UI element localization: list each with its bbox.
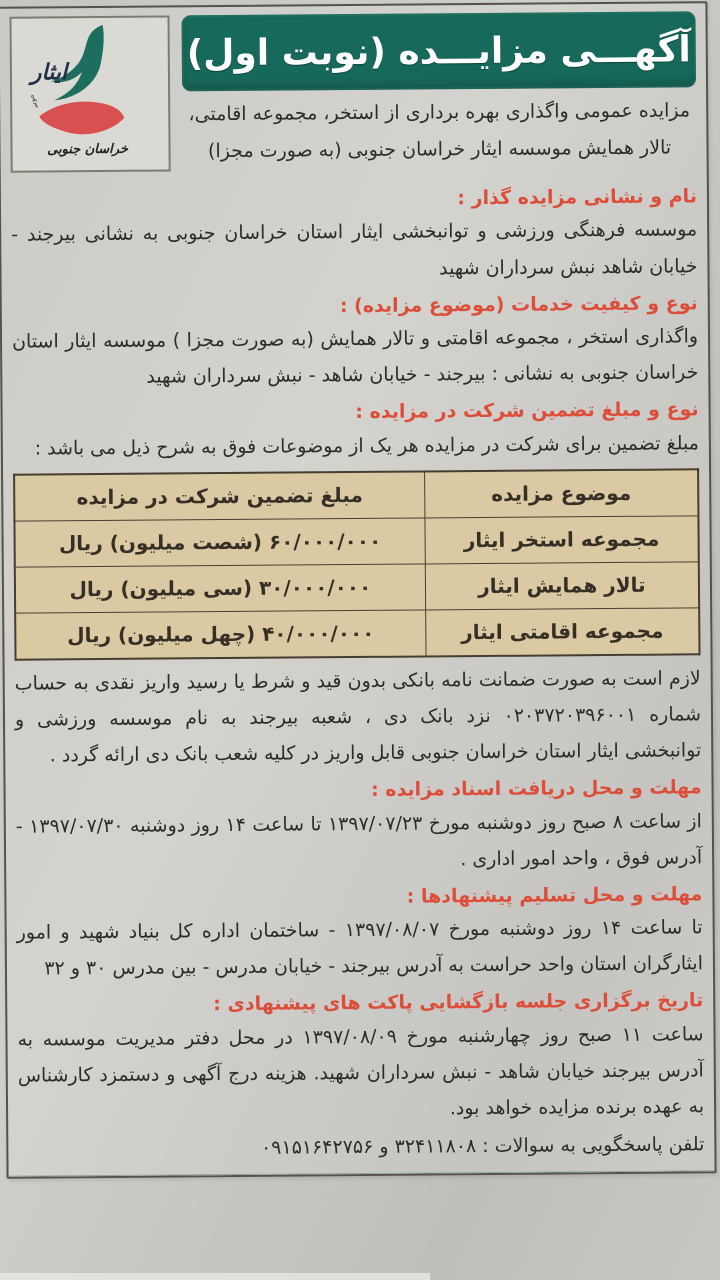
table-row: مجموعه اقامتی ایثار ۴۰/۰۰۰/۰۰۰ (چهل میلی…: [15, 608, 699, 660]
title-banner: آگهـــی مزایـــده (نوبت اول): [181, 11, 696, 91]
table-header-amount: مبلغ تضمین شرکت در مزایده: [14, 471, 425, 521]
amount-cell: ۳۰/۰۰۰/۰۰۰ (سی میلیون) ریال: [15, 564, 426, 613]
table-header-subject: موضوع مزایده: [424, 469, 698, 518]
section-submit-heading: مهلت و محل تسلیم پیشنهادها :: [16, 877, 702, 915]
auction-ad: آگهـــی مزایـــده (نوبت اول) مزایده عموم…: [0, 1, 717, 1179]
logo-box: موسسه فرهنگی ورزشی توانبخشی ایثار خراسان…: [9, 15, 170, 172]
amount-cell: ۴۰/۰۰۰/۰۰۰ (چهل میلیون) ریال: [15, 610, 426, 660]
section-services-body: واگذاری استخر ، مجموعه اقامتی و تالار هم…: [12, 318, 699, 396]
section-docs-heading: مهلت و محل دریافت اسناد مزایده :: [15, 770, 701, 808]
subject-cell: مجموعه اقامتی ایثار: [426, 608, 700, 657]
section-docs-deadline: مهلت و محل دریافت اسناد مزایده : از ساعت…: [15, 770, 702, 880]
header-row: آگهـــی مزایـــده (نوبت اول) مزایده عموم…: [9, 3, 696, 182]
phone-line: تلفن پاسخگویی به سوالات : ۳۲۴۱۱۸۰۸ و ۰۹۱…: [18, 1126, 704, 1167]
section-submit-body: تا ساعت ۱۴ روز دوشنبه مورخ ۱۳۹۷/۰۸/۰۷ - …: [17, 909, 704, 987]
page-title: آگهـــی مزایـــده (نوبت اول): [187, 29, 691, 74]
section-bidder-heading: نام و نشانی مزایده گذار :: [11, 179, 697, 217]
section-opening-heading: تاریخ برگزاری جلسه بازگشایی پاکت های پیش…: [17, 984, 703, 1022]
section-submit-deadline: مهلت و محل تسلیم پیشنهادها : تا ساعت ۱۴ …: [16, 877, 703, 987]
table-row: مجموعه استخر ایثار ۶۰/۰۰۰/۰۰۰ (شصت میلیو…: [14, 516, 698, 567]
subject-cell: تالار همایش ایثار: [425, 562, 699, 610]
section-guarantee-body: مبلغ تضمین برای شرکت در مزایده هر یک از …: [13, 425, 699, 466]
section-opening-session: تاریخ برگزاری جلسه بازگشایی پاکت های پیش…: [17, 984, 704, 1130]
auction-intro: مزایده عمومی واگذاری بهره برداری از استخ…: [182, 87, 697, 170]
section-opening-body: ساعت ۱۱ صبح روز چهارشنبه مورخ ۱۳۹۷/۰۸/۰۹…: [17, 1016, 704, 1130]
isar-logo: موسسه فرهنگی ورزشی توانبخشی ایثار خراسان…: [15, 18, 166, 169]
page-edge-strip: [0, 1273, 430, 1280]
header-right-column: آگهـــی مزایـــده (نوبت اول) مزایده عموم…: [181, 11, 696, 170]
section-services-heading: نوع و کیفیت خدمات (موضوع مزایده) :: [12, 286, 698, 324]
section-docs-body: از ساعت ۸ صبح روز دوشنبه مورخ ۱۳۹۷/۰۷/۲۳…: [16, 803, 703, 881]
section-services: نوع و کیفیت خدمات (موضوع مزایده) : واگذا…: [12, 286, 699, 396]
logo-name: ایثار: [28, 59, 70, 85]
subject-cell: مجموعه استخر ایثار: [425, 516, 699, 564]
amount-cell: ۶۰/۰۰۰/۰۰۰ (شصت میلیون) ریال: [14, 518, 425, 567]
footer-band: مدیریت موسسه فرهنگی ورزشی توانبخشی ایثار…: [9, 1170, 715, 1178]
section-bidder: نام و نشانی مزایده گذار : موسسه فرهنگی و…: [11, 179, 698, 289]
section-guarantee: نوع و مبلغ تضمین شرکت در مزایده : مبلغ ت…: [12, 393, 699, 467]
section-bidder-body: موسسه فرهنگی ورزشی و توانبخشی ایثار استا…: [11, 212, 698, 290]
table-row: تالار همایش ایثار ۳۰/۰۰۰/۰۰۰ (سی میلیون)…: [15, 562, 699, 613]
section-guarantee-heading: نوع و مبلغ تضمین شرکت در مزایده :: [12, 393, 698, 431]
hand-icon: [39, 101, 124, 134]
payment-note: لازم است به صورت ضمانت نامه بانکی بدون ق…: [15, 660, 702, 774]
logo-region: خراسان جنوبی: [47, 142, 129, 158]
table-header-row: موضوع مزایده مبلغ تضمین شرکت در مزایده: [14, 469, 698, 521]
guarantee-table: موضوع مزایده مبلغ تضمین شرکت در مزایده م…: [13, 468, 700, 660]
